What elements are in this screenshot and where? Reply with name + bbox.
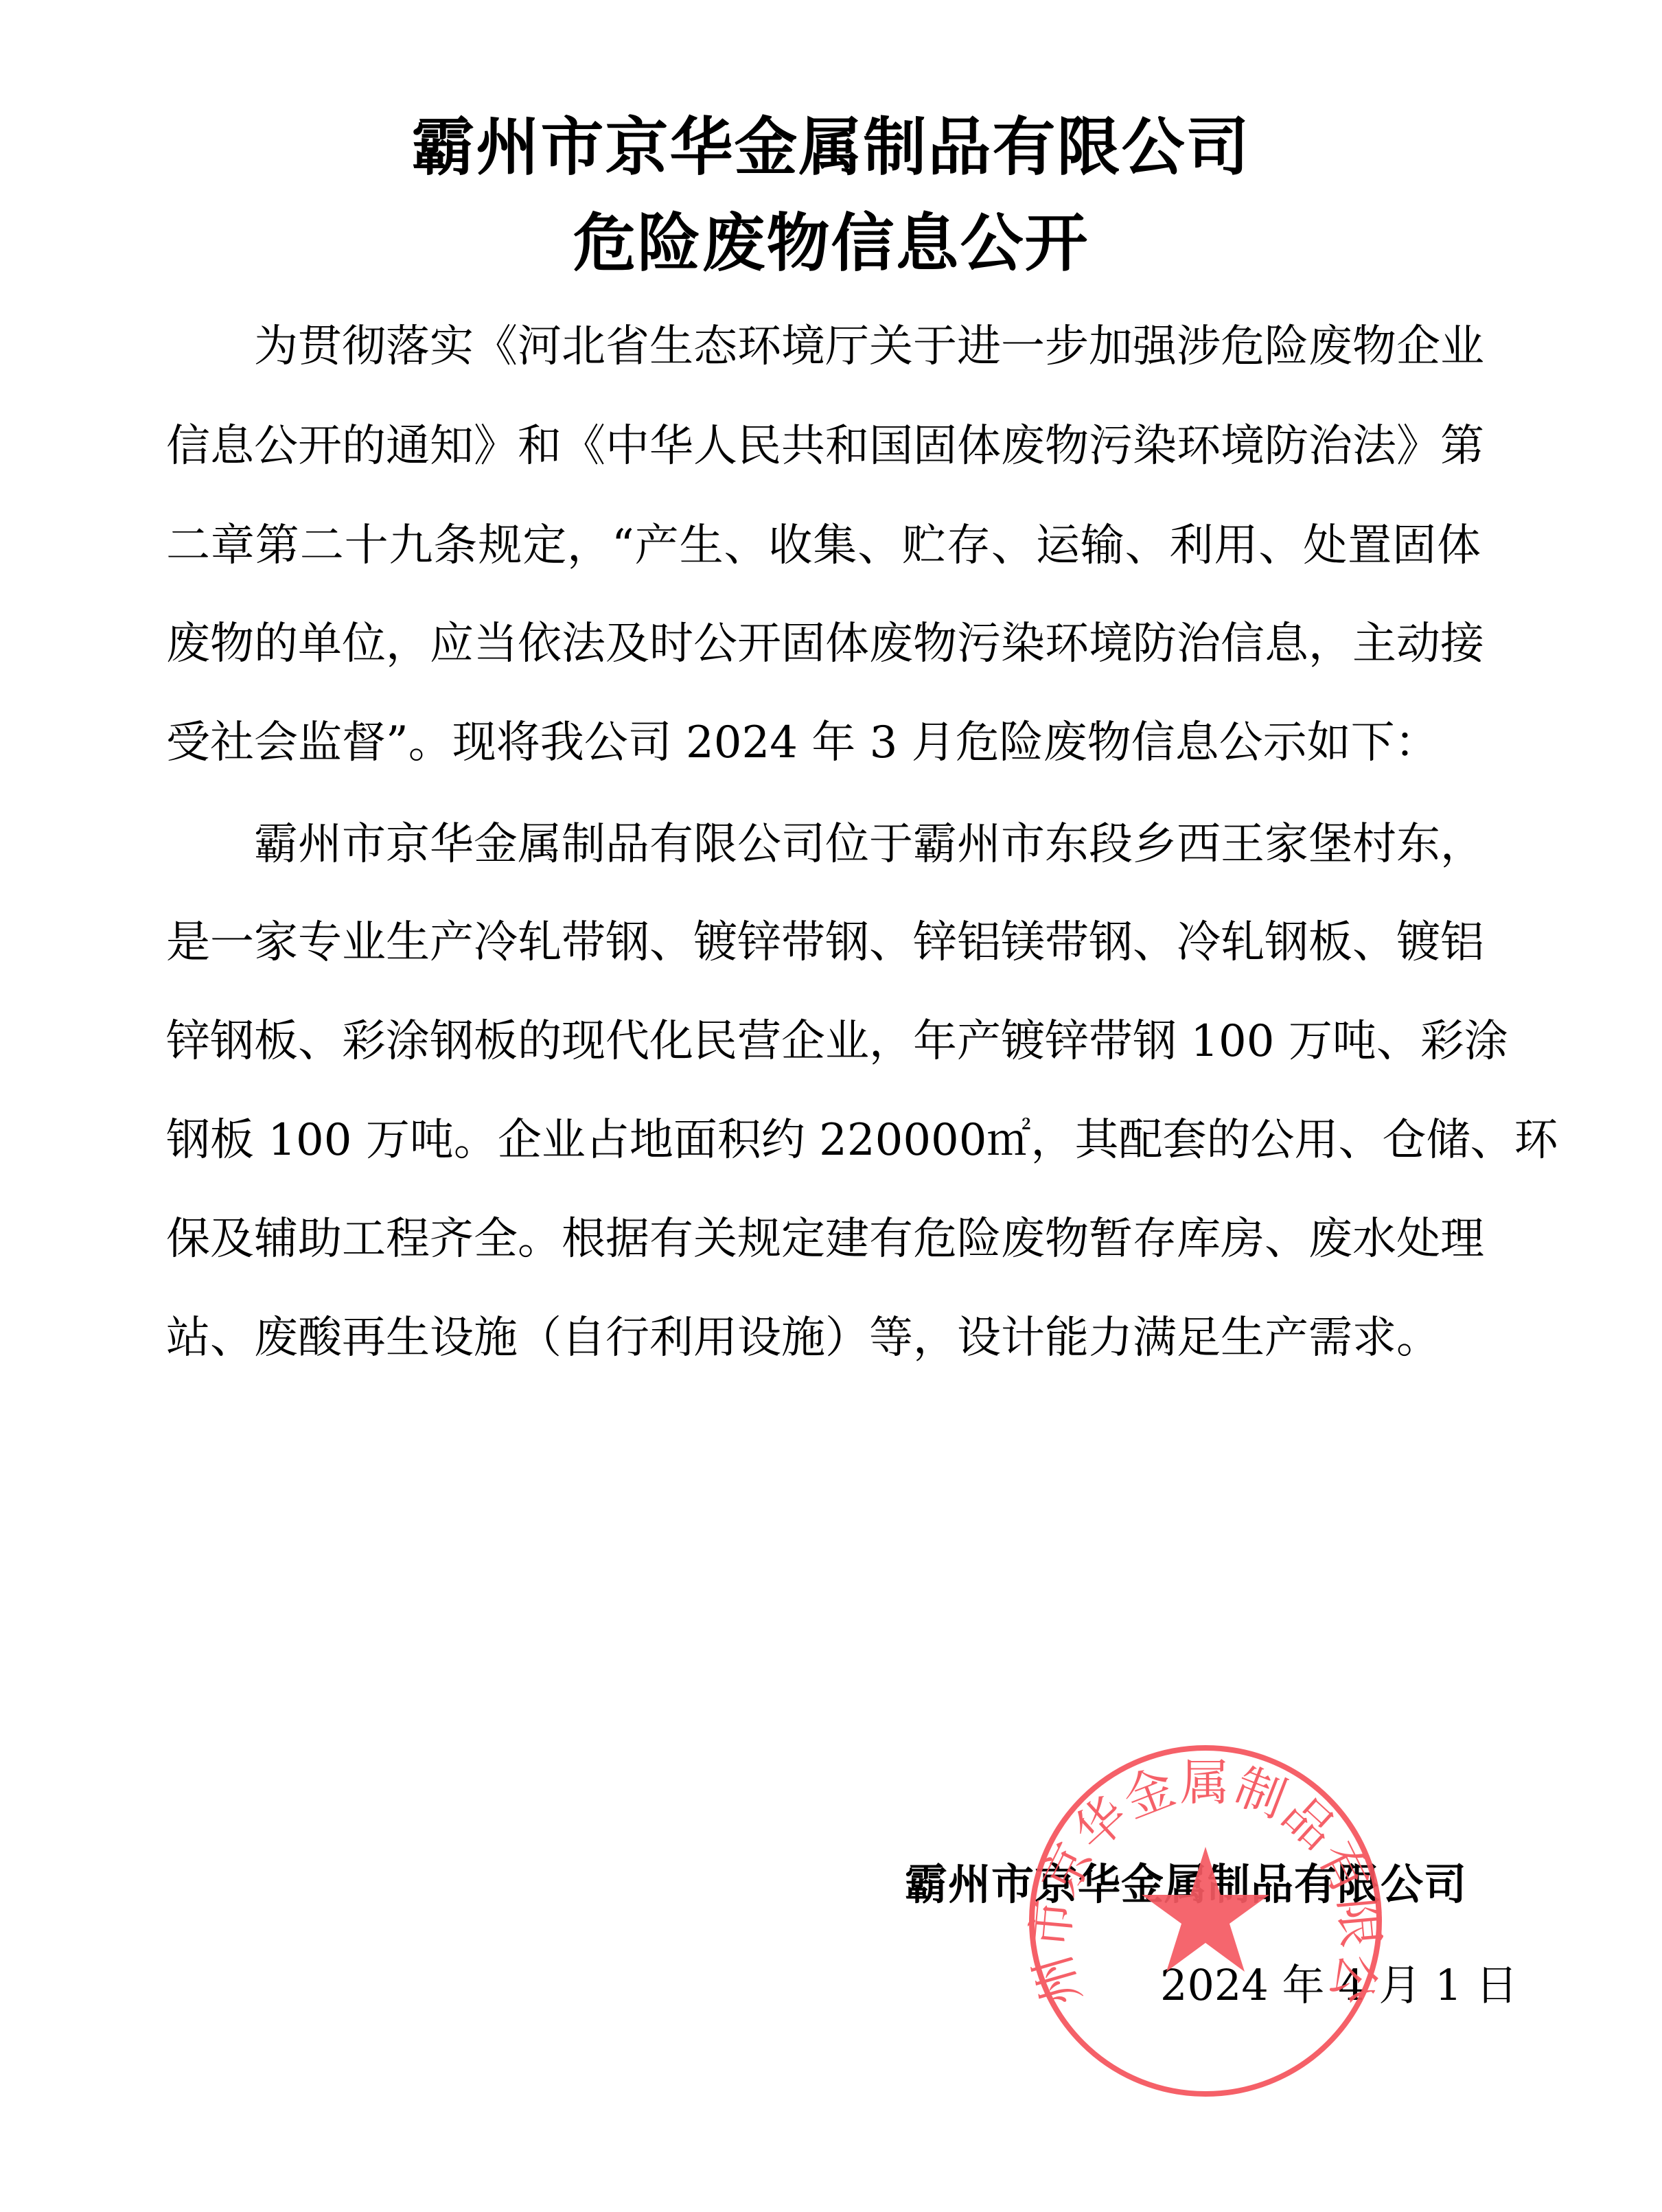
seal-icon: 霸州市京华金属制品有限公司 <box>1028 1744 1383 2098</box>
document-title-company: 霸州市京华金属制品有限公司 <box>0 110 1662 185</box>
paragraph-line: 站、废酸再生设施（自行利用设施）等，设计能力满足生产需求。 <box>166 1311 1481 1366</box>
paragraph-line: 锌钢板、彩涂钢板的现代化民营企业，年产镀锌带钢 100 万吨、彩涂 <box>166 1014 1481 1069</box>
paragraph-line: 保及辅助工程齐全。根据有关规定建有危险废物暂存库房、废水处理 <box>166 1212 1481 1267</box>
signature-company: 霸州市京华金属制品有限公司 <box>905 1857 1467 1912</box>
paragraph-line: 废物的单位，应当依法及时公开固体废物污染环境防治信息，主动接 <box>166 617 1481 671</box>
paragraph-line: 二章第二十九条规定，“产生、收集、贮存、运输、利用、处置固体 <box>166 518 1481 573</box>
company-seal-stamp: 霸州市京华金属制品有限公司 <box>1028 1744 1383 2098</box>
paragraph-line: 是一家专业生产冷轧带钢、镀锌带钢、锌铝镁带钢、冷轧钢板、镀铝 <box>166 915 1481 970</box>
document-title-subject: 危险废物信息公开 <box>0 206 1662 281</box>
paragraph-line: 为贯彻落实《河北省生态环境厅关于进一步加强涉危险废物企业 <box>254 319 1481 374</box>
signature-date: 2024 年 4 月 1 日 <box>1160 1958 1518 2013</box>
paragraph-line: 受社会监督”。现将我公司 2024 年 3 月危险废物信息公示如下： <box>166 715 1481 770</box>
document-page: 霸州市京华金属制品有限公司 危险废物信息公开 为贯彻落实《河北省生态环境厅关于进… <box>0 0 1662 2212</box>
paragraph-line: 信息公开的通知》和《中华人民共和国固体废物污染环境防治法》第 <box>166 419 1481 474</box>
paragraph-line: 钢板 100 万吨。企业占地面积约 220000㎡，其配套的公用、仓储、环 <box>166 1113 1481 1168</box>
paragraph-line: 霸州市京华金属制品有限公司位于霸州市东段乡西王家堡村东， <box>254 817 1481 872</box>
